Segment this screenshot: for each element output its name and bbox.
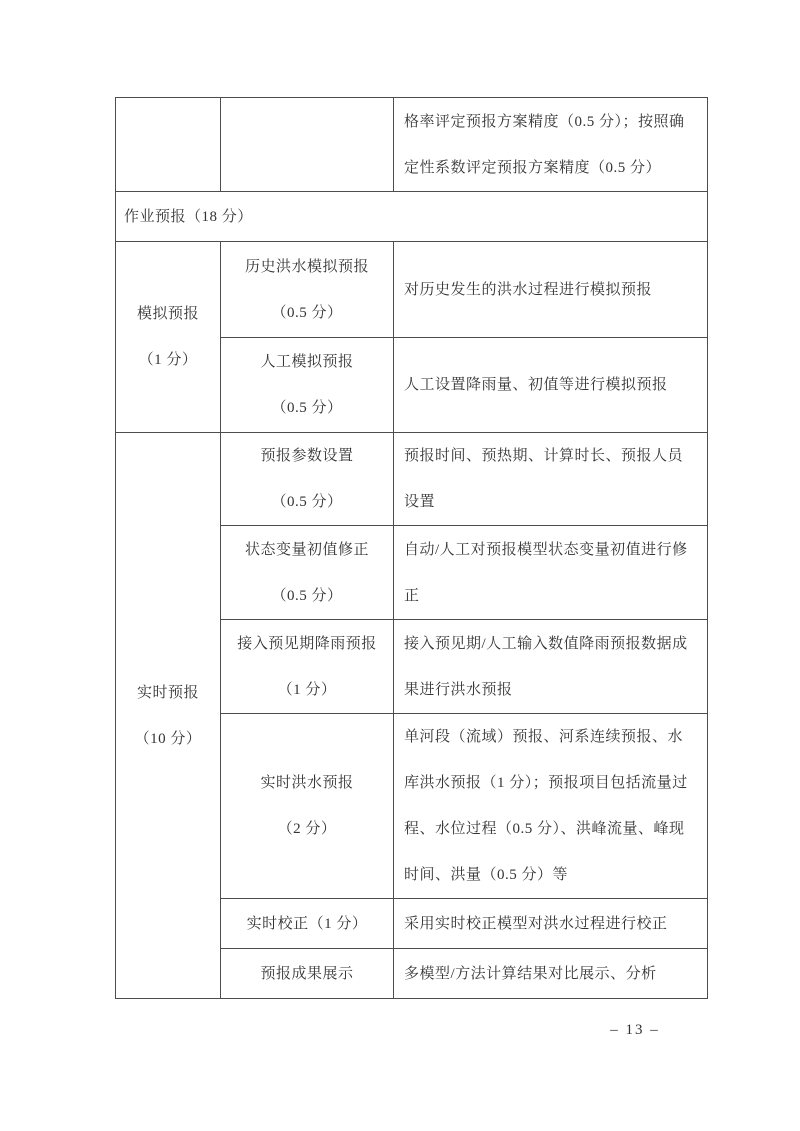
- item-desc-cell: 采用实时校正模型对洪水过程进行校正: [394, 899, 708, 949]
- score-criteria-table: 格率评定预报方案精度（0.5 分）；按照确定性系数评定预报方案精度（0.5 分）…: [115, 97, 708, 999]
- item-label-line1: 实时校正（1 分）: [221, 901, 393, 947]
- item-label-cell: 人工模拟预报 （0.5 分）: [221, 338, 394, 433]
- item-label-line1: 实时洪水预报: [221, 760, 393, 806]
- item-label-cell: 接入预见期降雨预报 （1 分）: [221, 620, 394, 714]
- item-desc-cell: 接入预见期/人工输入数值降雨预报数据成果进行洪水预报: [394, 620, 708, 714]
- item-label-line2: （2 分）: [221, 806, 393, 852]
- item-label-line1: 预报成果展示: [221, 951, 393, 997]
- item-label-line2: （1 分）: [221, 667, 393, 713]
- item-label-cell: 历史洪水模拟预报 （0.5 分）: [221, 242, 394, 338]
- table-row: 实时预报 （10 分） 预报参数设置 （0.5 分） 预报时间、预热期、计算时长…: [116, 433, 708, 526]
- item-desc-cell: 多模型/方法计算结果对比展示、分析: [394, 949, 708, 999]
- item-label-line2: （0.5 分）: [221, 479, 393, 525]
- item-label-line1: 预报参数设置: [221, 433, 393, 479]
- item-label-cell: 实时洪水预报 （2 分）: [221, 714, 394, 899]
- group-label-line2: （1 分）: [116, 337, 220, 383]
- item-label-line2: （0.5 分）: [221, 385, 393, 431]
- item-label-line1: 历史洪水模拟预报: [221, 244, 393, 290]
- document-page: 格率评定预报方案精度（0.5 分）；按照确定性系数评定预报方案精度（0.5 分）…: [0, 0, 800, 1131]
- item-desc-cell: 人工设置降雨量、初值等进行模拟预报: [394, 338, 708, 433]
- section-header-cell: 作业预报（18 分）: [116, 192, 708, 242]
- group-label-simulation: 模拟预报 （1 分）: [116, 242, 221, 433]
- item-label-cell: 实时校正（1 分）: [221, 899, 394, 949]
- group-label-line1: 实时预报: [116, 670, 220, 716]
- table-row-section-header: 作业预报（18 分）: [116, 192, 708, 242]
- item-desc-cell: 自动/人工对预报模型状态变量初值进行修正: [394, 526, 708, 620]
- item-desc-cell: 预报时间、预热期、计算时长、预报人员设置: [394, 433, 708, 526]
- item-label-cell: 预报成果展示: [221, 949, 394, 999]
- item-label-cell: 预报参数设置 （0.5 分）: [221, 433, 394, 526]
- group-label-realtime: 实时预报 （10 分）: [116, 433, 221, 999]
- item-label-line1: 状态变量初值修正: [221, 527, 393, 573]
- item-label-line2: （0.5 分）: [221, 573, 393, 619]
- page-number: – 13 –: [560, 1022, 710, 1039]
- group-label-line1: 模拟预报: [116, 291, 220, 337]
- item-label-line1: 接入预见期降雨预报: [221, 621, 393, 667]
- item-label-cell: 状态变量初值修正 （0.5 分）: [221, 526, 394, 620]
- table-row: 模拟预报 （1 分） 历史洪水模拟预报 （0.5 分） 对历史发生的洪水过程进行…: [116, 242, 708, 338]
- carryover-empty-group-cell: [116, 98, 221, 192]
- item-desc-cell: 对历史发生的洪水过程进行模拟预报: [394, 242, 708, 338]
- item-label-line1: 人工模拟预报: [221, 339, 393, 385]
- carryover-criteria-cell: 格率评定预报方案精度（0.5 分）；按照确定性系数评定预报方案精度（0.5 分）: [394, 98, 708, 192]
- group-label-line2: （10 分）: [116, 716, 220, 762]
- item-desc-cell: 单河段（流域）预报、河系连续预报、水库洪水预报（1 分）；预报项目包括流量过程、…: [394, 714, 708, 899]
- item-label-line2: （0.5 分）: [221, 290, 393, 336]
- table-row-carryover: 格率评定预报方案精度（0.5 分）；按照确定性系数评定预报方案精度（0.5 分）: [116, 98, 708, 192]
- carryover-empty-item-cell: [221, 98, 394, 192]
